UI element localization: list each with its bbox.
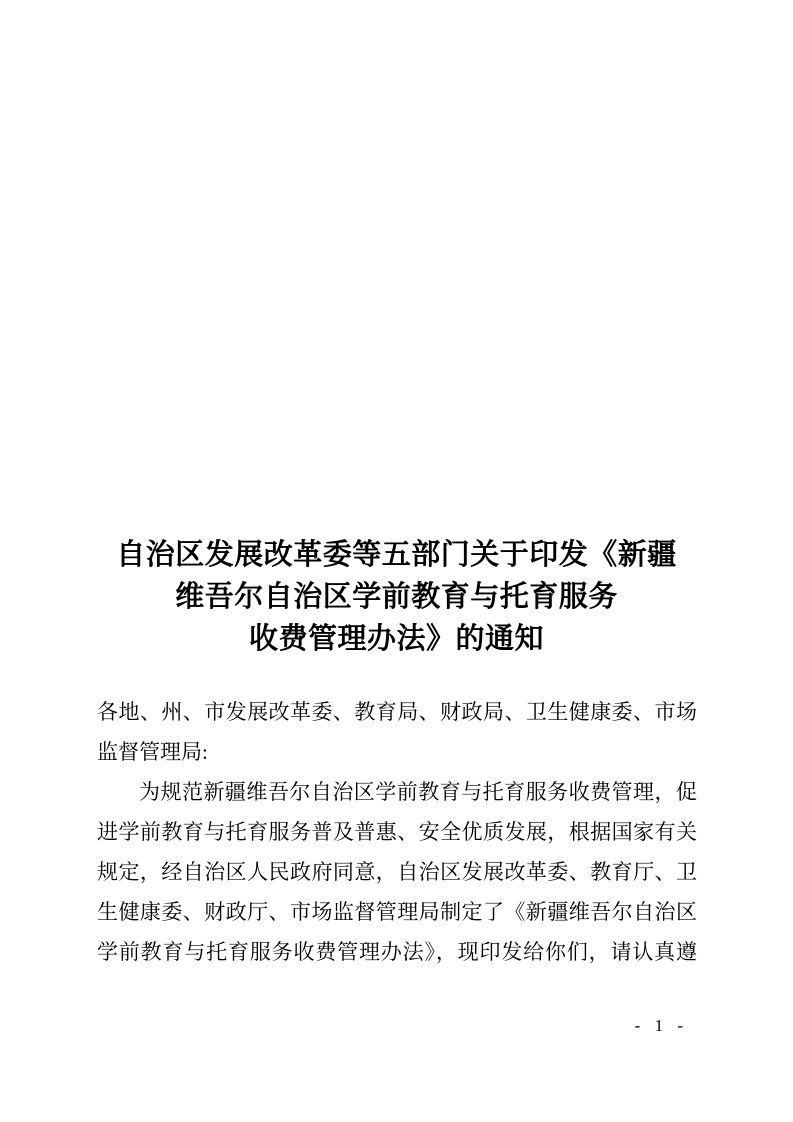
paragraph-line-3: 规定，经自治区人民政府同意，自治区发展改革委、教育厅、卫 [97,852,697,892]
document-page: 自治区发展改革委等五部门关于印发《新疆 维吾尔自治区学前教育与托育服务 收费管理… [0,0,793,1122]
title-line-2: 维吾尔自治区学前教育与托育服务 [90,576,703,618]
recipients-line-1: 各地、州、市发展改革委、教育局、财政局、卫生健康委、市场 [97,692,697,732]
document-body: 各地、州、市发展改革委、教育局、财政局、卫生健康委、市场 监督管理局: 为规范新… [97,692,697,972]
paragraph-line-1: 为规范新疆维吾尔自治区学前教育与托育服务收费管理，促 [97,772,697,812]
title-line-3: 收费管理办法》的通知 [90,618,703,660]
document-title: 自治区发展改革委等五部门关于印发《新疆 维吾尔自治区学前教育与托育服务 收费管理… [0,534,793,660]
paragraph-line-5: 学前教育与托育服务收费管理办法》，现印发给你们，请认真遵 [97,932,697,972]
title-line-1: 自治区发展改革委等五部门关于印发《新疆 [90,534,703,576]
recipients-line-2: 监督管理局: [97,732,697,772]
page-number: - 1 - [635,1016,688,1036]
paragraph-line-2: 进学前教育与托育服务普及普惠、安全优质发展，根据国家有关 [97,812,697,852]
paragraph-line-4: 生健康委、财政厅、市场监督管理局制定了《新疆维吾尔自治区 [97,892,697,932]
